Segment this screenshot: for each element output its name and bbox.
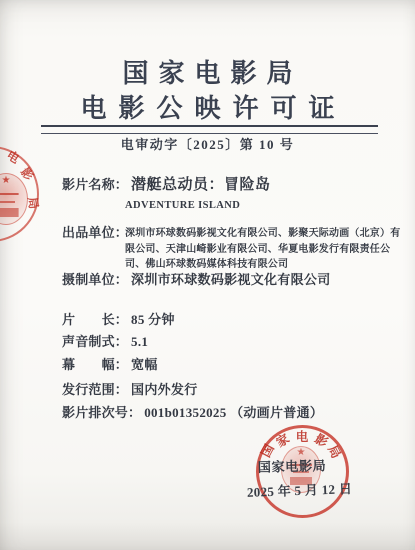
permit-title: 电影公映许可证 — [0, 88, 415, 125]
field-label: 片 长： — [62, 311, 128, 329]
field-label: 影片名称： — [62, 176, 128, 194]
field-value: 宽幅 — [131, 356, 158, 374]
seal-arc-char: 国 — [260, 443, 277, 460]
field-label: 摄制单位： — [62, 271, 128, 289]
field-label: 幕 幅： — [62, 356, 128, 374]
film-title-english: ADVENTURE ISLAND — [125, 200, 240, 211]
seal-arc-char: 电 — [296, 431, 309, 444]
national-emblem-icon — [0, 173, 28, 225]
film-permit-document: 国家电影局 电影公映许可证 电审动字〔2025〕第 10 号 影片名称： 潜艇总… — [0, 0, 415, 550]
field-row-filming-company: 摄制单位： 深圳市环球数码影视文化有限公司 — [62, 271, 331, 289]
agency-title: 国家电影局 — [0, 53, 415, 90]
production-companies-value: 深圳市环球数码影视文化有限公司、影聚天际动画（北京）有 限公司、天津山崎影业有限… — [125, 226, 400, 273]
seal-date: 2025 年 5 月 12 日 — [242, 478, 358, 501]
seal-arc-char: 影 — [312, 432, 329, 449]
field-row-runtime: 片 长： 85 分钟 — [62, 311, 175, 329]
value-line: 限公司、天津山崎影业有限公司、华夏电影发行有限责任公 — [125, 242, 400, 258]
field-value: 国内外发行 — [131, 381, 198, 399]
value-line: 深圳市环球数码影视文化有限公司、影聚天际动画（北京）有 — [125, 226, 400, 242]
seal-authority-text: 国家电影局 — [248, 455, 336, 476]
seal-ring — [0, 146, 39, 242]
seal-arc-char: 家 — [274, 432, 291, 449]
field-value: 5.1 — [131, 333, 148, 351]
national-emblem-icon — [281, 446, 321, 493]
field-value: 潜艇总动员：冒险岛 — [131, 176, 271, 194]
field-row-distribution-scope: 发行范围： 国内外发行 — [62, 381, 198, 399]
field-value: 85 分钟 — [131, 311, 175, 329]
field-label: 发行范围： — [62, 381, 128, 399]
seal-arc-char: 影 — [19, 166, 36, 183]
field-value: 001b01352025 （动画片普通） — [144, 404, 323, 422]
double-rule-divider — [41, 125, 378, 134]
seal-arc-char: 局 — [326, 444, 343, 461]
field-row-film-serial-number: 影片排次号： 001b01352025 （动画片普通） — [62, 404, 323, 422]
seal-arc-char: 局 — [26, 196, 40, 210]
seal-ring — [256, 425, 349, 518]
field-row-sound-format: 声音制式： 5.1 — [62, 333, 148, 351]
field-label: 影片排次号： — [62, 404, 141, 422]
field-row-production-companies: 出品单位： — [62, 224, 128, 242]
field-label: 出品单位： — [62, 224, 128, 242]
field-value: 深圳市环球数码影视文化有限公司 — [131, 271, 331, 289]
field-row-screen-format: 幕 幅： 宽幅 — [62, 356, 158, 374]
field-row-film-title: 影片名称： 潜艇总动员：冒险岛 — [62, 176, 271, 194]
document-number: 电审动字〔2025〕第 10 号 — [0, 134, 415, 153]
field-label: 声音制式： — [62, 333, 128, 351]
